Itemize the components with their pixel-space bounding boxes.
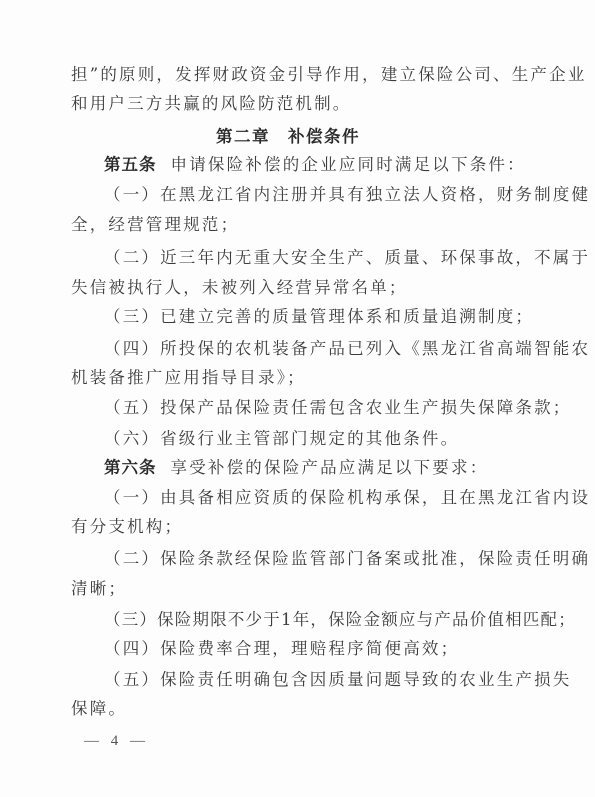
document-page: 担”的原则，发挥财政资金引导作用，建立保险公司、生产企业 和用户三方共赢的风险防… [0,0,595,797]
article-5-item-4-line: （四）所投保的农机装备产品已列入《黑龙江省高端智能农 [104,339,544,359]
article-6-intro-text: 享受补偿的保险产品应满足以下要求： [171,458,489,477]
paragraph-continuation-line: 和用户三方共赢的风险防范机制。 [71,94,511,114]
article-5-item-2-line: 失信被执行人，未被列入经营异常名单； [71,278,511,298]
article-6-item-2-line: （二）保险条款经保险监管部门备案或批准，保险责任明确 [104,549,544,569]
article-6-item-5-line: 保障。 [71,699,511,719]
article-5-intro: 第五条申请保险补偿的企业应同时满足以下条件： [104,155,544,175]
paragraph-continuation-line: 担”的原则，发挥财政资金引导作用，建立保险公司、生产企业 [71,65,511,85]
article-5-item-6-line: （六）省级行业主管部门规定的其他条件。 [104,429,544,449]
page-number: — 4 — [84,733,149,750]
chapter-title: 补偿条件 [288,127,360,146]
article-5-item-1-line: （一）在黑龙江省内注册并具有独立法人资格，财务制度健 [104,185,544,205]
article-5-item-3-line: （三）已建立完善的质量管理体系和质量追溯制度； [104,307,544,327]
chapter-heading: 第二章补偿条件 [0,123,576,147]
chapter-number: 第二章 [216,127,270,146]
article-6-item-4-line: （四）保险费率合理，理赔程序简便高效； [104,639,544,659]
article-6-item-2-line: 清晰； [71,579,511,599]
article-5-item-4-line: 机装备推广应用指导目录》； [71,368,511,388]
article-5-head: 第五条 [104,155,157,174]
article-6-intro: 第六条享受补偿的保险产品应满足以下要求： [104,458,544,478]
article-6-head: 第六条 [104,458,157,477]
article-6-item-3-line: （三）保险期限不少于1年，保险金额应与产品价值相匹配； [104,610,544,630]
article-5-item-2-line: （二）近三年内无重大安全生产、质量、环保事故，不属于 [104,248,544,268]
article-6-item-1-line: 有分支机构； [71,517,511,537]
article-5-item-5-line: （五）投保产品保险责任需包含农业生产损失保障条款； [104,398,544,418]
article-5-item-1-line: 全，经营管理规范； [71,215,511,235]
article-6-item-1-line: （一）由具备相应资质的保险机构承保，且在黑龙江省内设 [104,488,544,508]
article-6-item-5-line: （五）保险责任明确包含因质量问题导致的农业生产损失 [104,670,544,690]
article-5-intro-text: 申请保险补偿的企业应同时满足以下条件： [171,155,526,174]
